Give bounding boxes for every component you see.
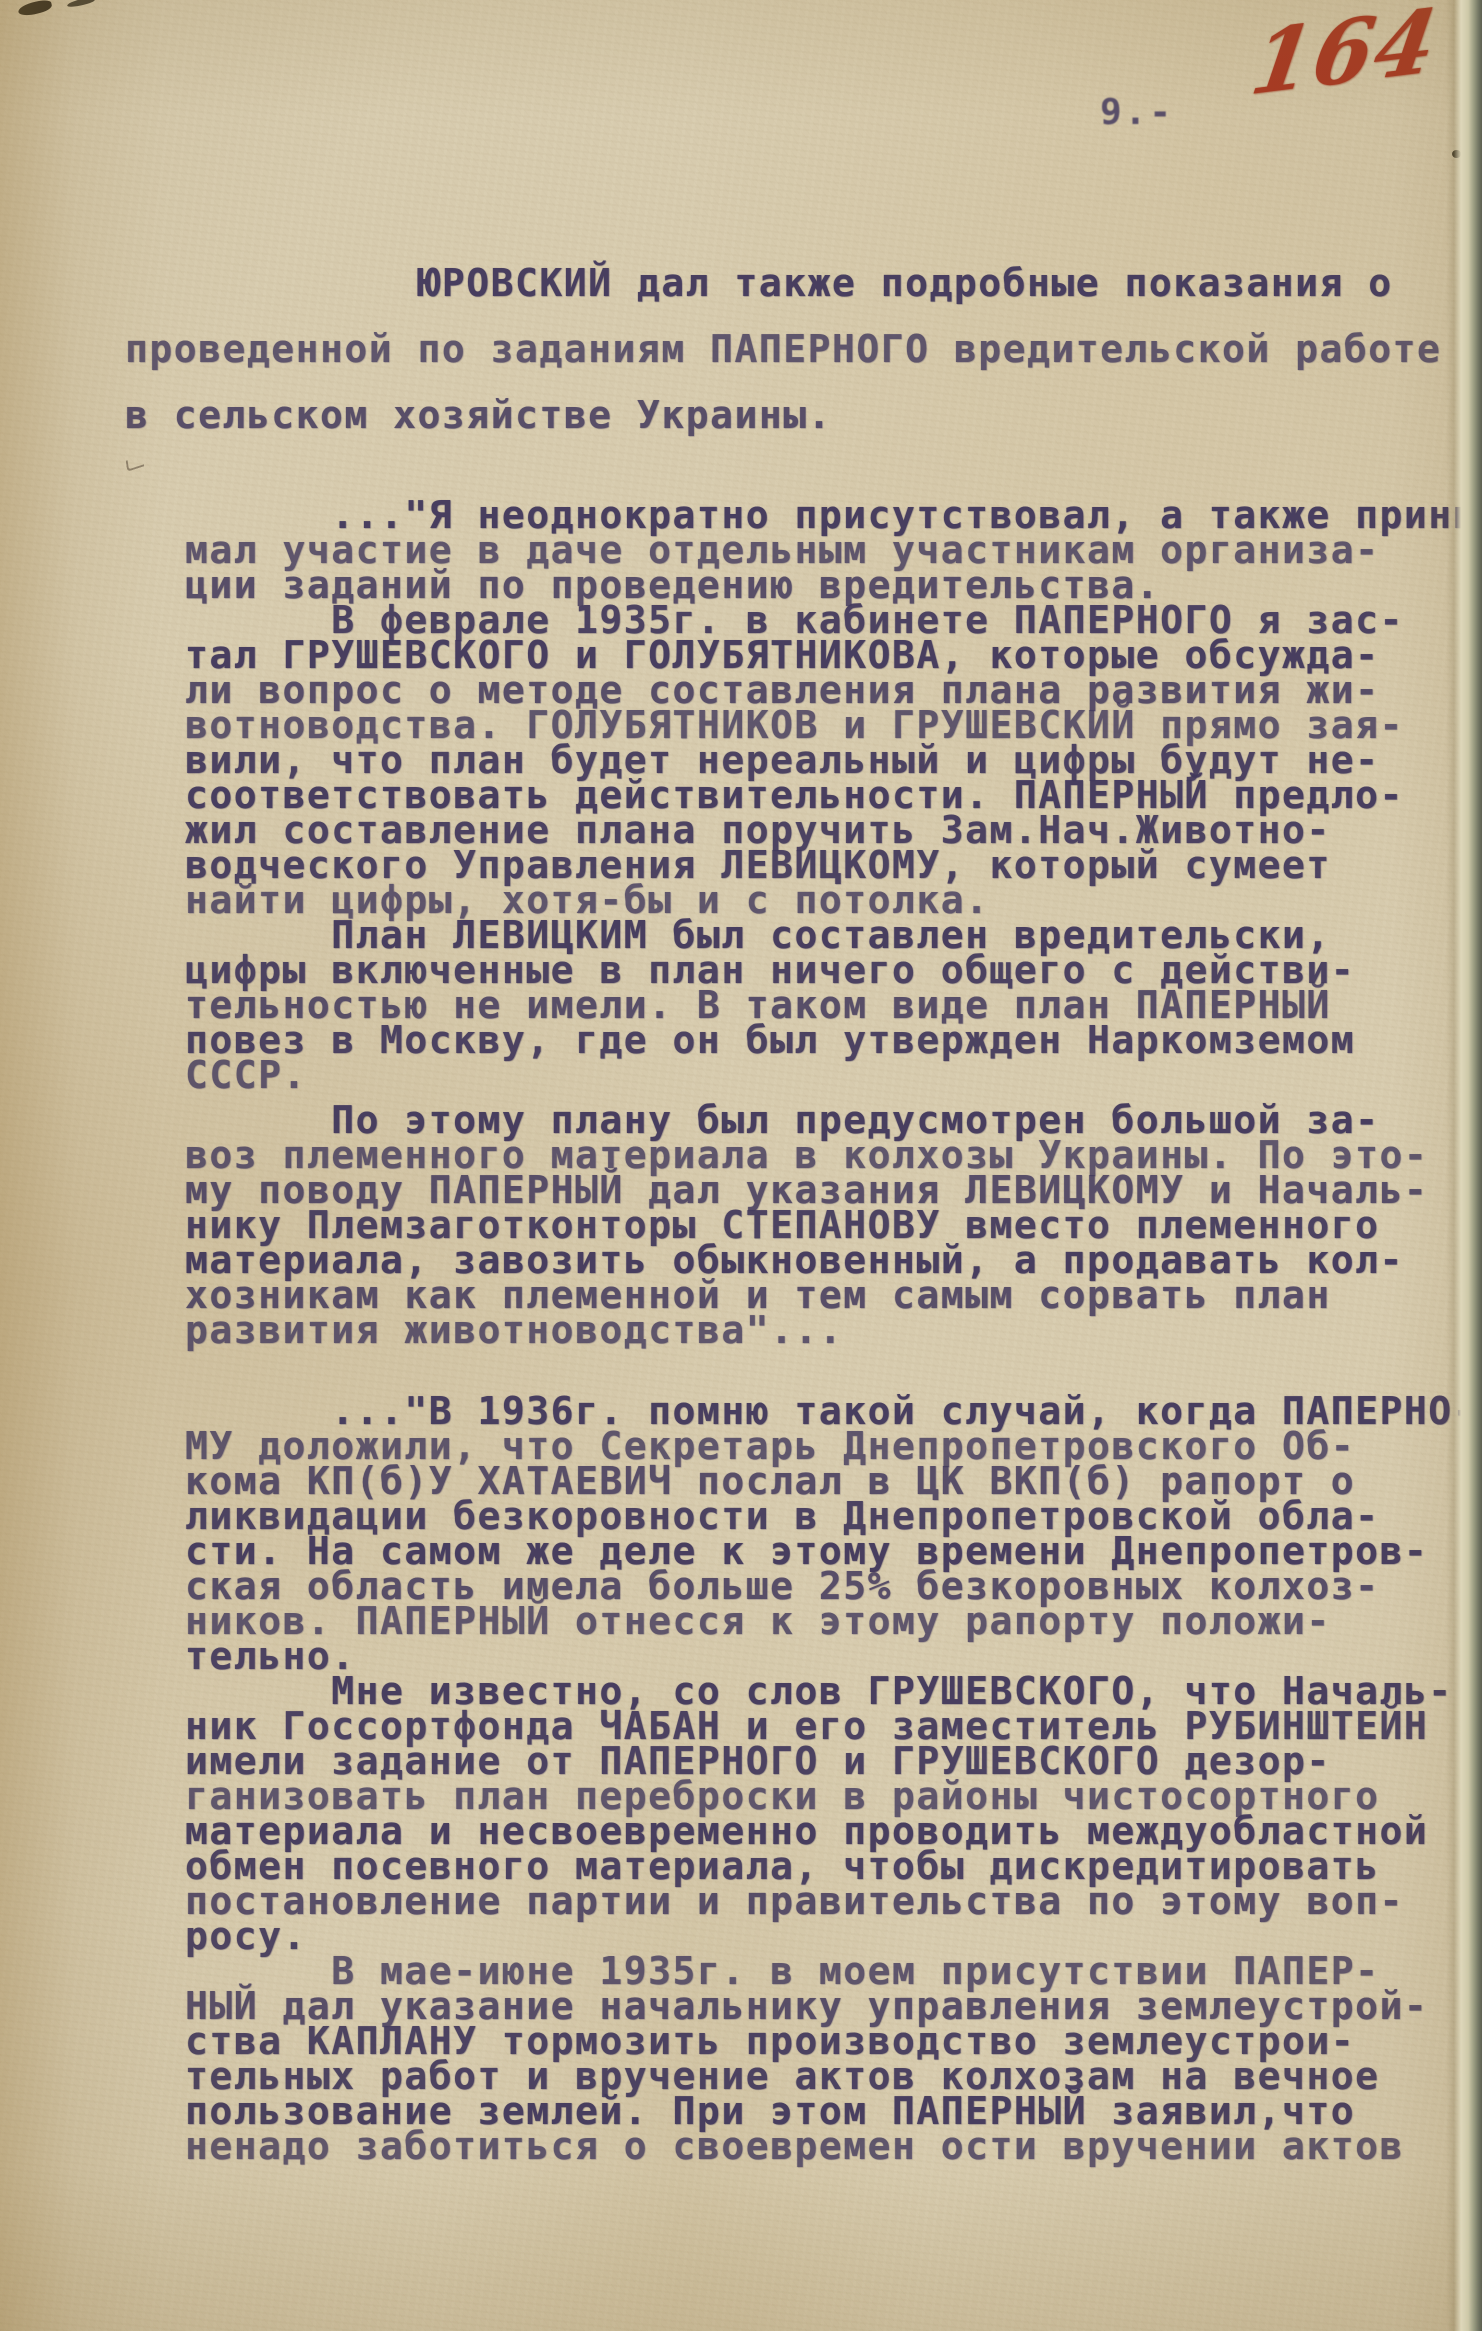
paragraph-block: По этому плану был предусмотрен большой … bbox=[185, 1103, 1473, 1348]
handwritten-page-number: 164 bbox=[1246, 0, 1444, 108]
document-body: ..."Я неоднократно присутствовал, а такж… bbox=[185, 498, 1473, 2164]
typed-line: ненадо заботиться о своевремен ости вруч… bbox=[185, 2129, 1473, 2164]
typed-line: повез в Москву, где он был утвержден Нар… bbox=[185, 1023, 1473, 1058]
typed-line: СССР. bbox=[185, 1058, 1473, 1093]
paragraph-block: ..."В 1936г. помню такой случай, когда П… bbox=[185, 1394, 1473, 2164]
typed-page-number: 9.- bbox=[1100, 92, 1174, 133]
paragraph-block: ..."Я неоднократно присутствовал, а такж… bbox=[185, 498, 1473, 1093]
ink-speck bbox=[17, 0, 53, 17]
pen-tick-mark bbox=[126, 455, 145, 472]
typed-line: проведенной по заданиям ПАПЕРНОГО вредит… bbox=[125, 316, 1441, 382]
scanned-page: 164 9.- ЮРОВСКИЙ дал также подробные пок… bbox=[0, 0, 1482, 2331]
typed-line: ников. ПАПЕРНЫЙ отнесся к этому рапорту … bbox=[185, 1604, 1473, 1639]
intro-paragraph: ЮРОВСКИЙ дал также подробные показания о… bbox=[125, 250, 1441, 448]
typed-line: в сельском хозяйстве Украины. bbox=[125, 382, 1441, 448]
typed-line: постановление партии и правительства по … bbox=[185, 1884, 1473, 1919]
page-right-edge bbox=[1446, 0, 1482, 2331]
typed-line: развития животноводства"... bbox=[185, 1313, 1473, 1348]
typed-line: ЮРОВСКИЙ дал также подробные показания о bbox=[125, 250, 1441, 316]
